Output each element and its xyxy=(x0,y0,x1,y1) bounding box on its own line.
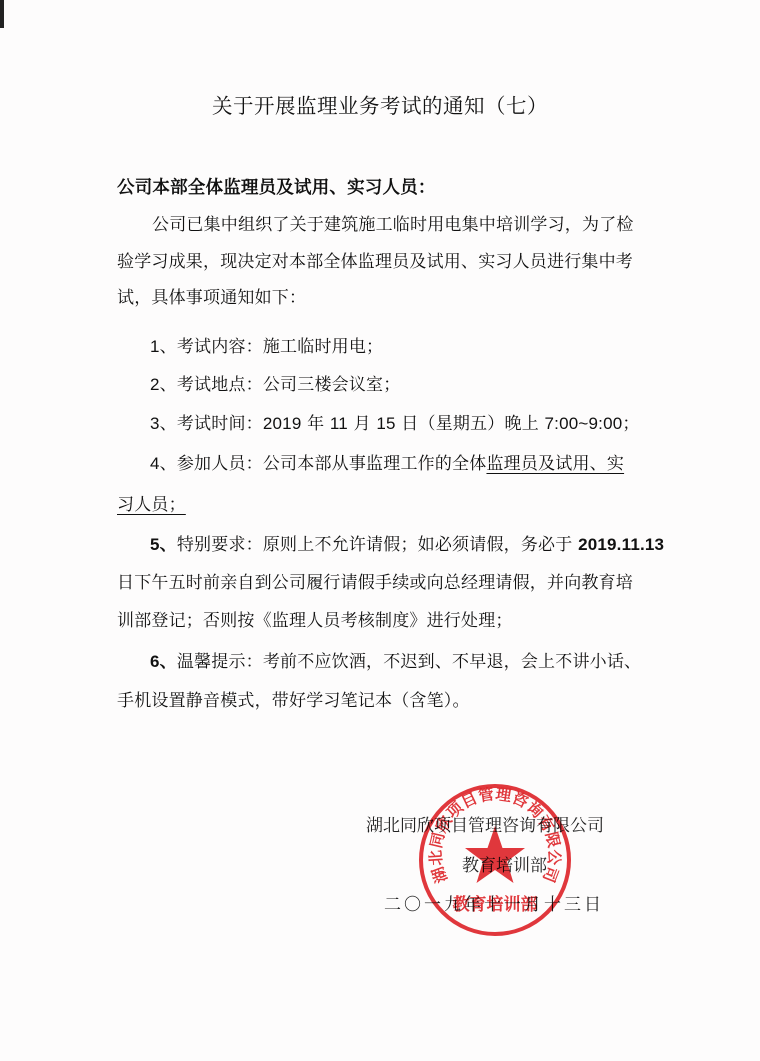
item-label: 考试内容： xyxy=(177,337,263,357)
item-6: 6、温馨提示：考前不应饮酒，不迟到、不早退，会上不讲小话、 xyxy=(150,651,641,673)
seal-inner-text: 教育培训部 xyxy=(453,894,538,915)
item-label: 参加人员： xyxy=(177,454,263,474)
item-1: 1、考试内容：施工临时用电； xyxy=(150,336,383,358)
item-text: 原则上不允许请假；如必须请假，务必于 xyxy=(263,535,578,555)
intro-line-3: 试，具体事项通知如下： xyxy=(117,287,306,309)
item-6-line-2: 手机设置静音模式，带好学习笔记本（含笔）。 xyxy=(117,690,470,712)
item-underlined-text: 习人员； xyxy=(117,495,186,515)
year-char: 年 xyxy=(301,414,329,434)
item-4-continued: 习人员； xyxy=(117,494,186,516)
day-weekday: 日（星期五）晚上 xyxy=(396,414,545,434)
item-5-line-3: 训部登记；否则按《监理人员考核制度》进行处理； xyxy=(117,610,513,632)
intro-line-2: 验学习成果，现决定对本部全体监理员及试用、实习人员进行集中考 xyxy=(117,251,633,273)
exam-day: 15 xyxy=(376,414,395,433)
item-text: 公司本部从事监理工作的全体 xyxy=(263,454,487,474)
exam-year: 2019 xyxy=(263,414,302,433)
item-end-punct: ； xyxy=(622,414,639,434)
item-number: 2、 xyxy=(150,375,177,394)
item-label: 考试地点： xyxy=(177,375,263,395)
item-text: 考前不应饮酒，不迟到、不早退，会上不讲小话、 xyxy=(263,652,641,672)
official-seal-icon: 湖北同欣项目管理咨询有限公司 教育培训部 xyxy=(417,782,573,938)
item-number: 6、 xyxy=(150,652,177,671)
item-label: 考试时间： xyxy=(177,414,263,434)
item-text: 施工临时用电； xyxy=(263,337,383,357)
exam-month: 11 xyxy=(330,414,348,433)
item-underlined-text: 监理员及试用、实 xyxy=(486,454,624,474)
item-number: 3、 xyxy=(150,414,177,433)
seal-star-icon xyxy=(465,826,525,883)
item-2: 2、考试地点：公司三楼会议室； xyxy=(150,374,400,396)
item-5-line-2: 日下午五时前亲自到公司履行请假手续或向总经理请假，并向教育培 xyxy=(117,572,633,594)
item-5: 5、特别要求：原则上不允许请假；如必须请假，务必于 2019.11.13 xyxy=(150,534,664,556)
exam-time: 7:00~9:00 xyxy=(545,414,623,433)
item-text: 公司三楼会议室； xyxy=(263,375,401,395)
month-char: 月 xyxy=(348,414,376,434)
item-number: 5、 xyxy=(150,535,177,554)
item-label: 温馨提示： xyxy=(177,652,263,672)
item-label: 特别要求： xyxy=(177,535,263,555)
notice-title: 关于开展监理业务考试的通知（七） xyxy=(0,93,760,119)
scanned-page: 关于开展监理业务考试的通知（七） 公司本部全体监理员及试用、实习人员： 公司已集… xyxy=(0,0,760,1061)
intro-line-1: 公司已集中组织了关于建筑施工临时用电集中培训学习，为了检 xyxy=(152,214,634,236)
scan-edge-shadow xyxy=(0,0,4,28)
item-number: 1、 xyxy=(150,337,177,356)
item-4: 4、参加人员：公司本部从事监理工作的全体监理员及试用、实 xyxy=(150,453,624,475)
salutation: 公司本部全体监理员及试用、实习人员： xyxy=(117,177,436,199)
leave-deadline-date: 2019.11.13 xyxy=(578,535,664,554)
item-number: 4、 xyxy=(150,454,177,473)
item-3: 3、考试时间：2019 年 11 月 15 日（星期五）晚上 7:00~9:00… xyxy=(150,413,640,435)
